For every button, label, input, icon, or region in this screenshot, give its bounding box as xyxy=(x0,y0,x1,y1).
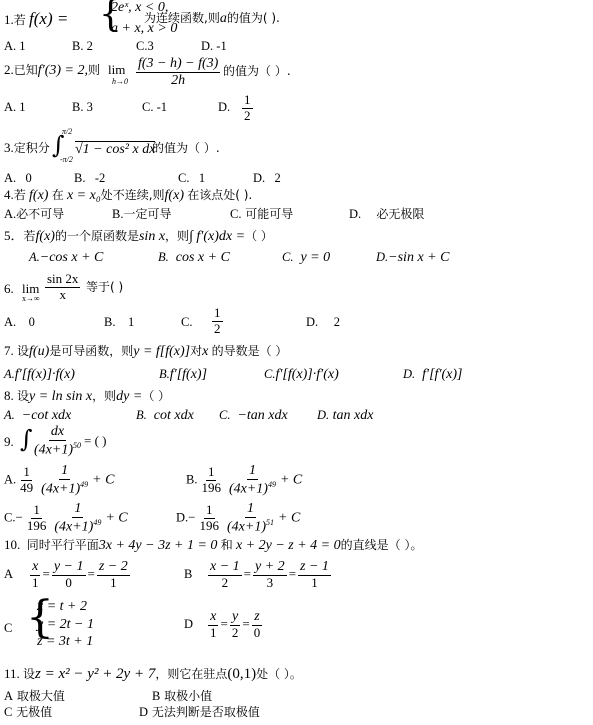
integral-sign: ∫ xyxy=(52,133,65,157)
question-6-tail: 等于( ) xyxy=(86,281,123,293)
question-3-stem: 3.定积分 xyxy=(4,141,50,154)
question-4-stem: 4.若 f(x) 在 x = x₀处不连续,则f(x) 在该点处( ). xyxy=(4,188,252,203)
limit-fraction: f(3 − h) − f(3)2h xyxy=(134,56,222,89)
option-a[interactable]: Ax1=y − 10=z − 21 xyxy=(4,559,132,591)
option-c[interactable]: C.3 xyxy=(136,40,154,53)
question-9-tail: = ( ) xyxy=(84,434,107,447)
question-2-stem: 2.已知f′(3) = 2,则 xyxy=(4,63,100,78)
question-7-stem: 7. 设f(u)是可导函数，则y = f[f(x)]对x 的导数是（ ） xyxy=(4,344,287,359)
question-3-tail: 的值为（ ）. xyxy=(152,142,220,154)
question-6-number: 6. xyxy=(4,282,14,295)
question-1-tail: 为连续函数,则a的值为( ). xyxy=(144,11,280,26)
option-c[interactable]: C xyxy=(4,622,12,635)
question-2-tail: 的值为（ ）. xyxy=(223,65,291,77)
option-b[interactable]: B. 1 xyxy=(104,316,134,329)
option-d[interactable]: D. tan xdx xyxy=(317,409,373,423)
option-a[interactable]: A.−cos x + C xyxy=(29,251,103,265)
option-a[interactable]: A. −cot xdx xyxy=(4,409,71,423)
option-a[interactable]: A.必不可导 xyxy=(4,208,64,221)
option-d[interactable]: D. f′[f′(x)] xyxy=(403,368,463,382)
limit-fraction: sin 2xx xyxy=(43,272,82,303)
option-b[interactable]: B.f′[f(x)] xyxy=(159,368,207,382)
upper-limit: π/2 xyxy=(62,128,72,136)
option-d[interactable]: D.−sin x + C xyxy=(376,251,449,265)
option-a[interactable]: A 取极大值 xyxy=(4,690,65,703)
option-d[interactable]: D. -1 xyxy=(201,40,227,53)
option-c[interactable]: C. 可能可导 xyxy=(230,208,293,221)
option-b[interactable]: B. -2 xyxy=(74,172,105,185)
limit-subscript: x→∞ xyxy=(22,295,40,303)
option-c-fraction: 12 xyxy=(210,306,225,337)
option-a[interactable]: A. 1 xyxy=(4,40,26,53)
option-b[interactable]: B. cos x + C xyxy=(158,251,230,265)
question-1-stem: 1.若 f(x) = xyxy=(4,10,68,27)
option-b[interactable]: B.11961(4x+1)49+ C xyxy=(186,463,302,498)
question-5-stem: 5．若f(x)的一个原函数是sin x，则∫ f′(x)dx =（ ） xyxy=(4,229,273,244)
option-d[interactable]: D 无法判断是否取极值 xyxy=(139,706,260,719)
option-b[interactable]: Bx − 12=y + 23=z − 11 xyxy=(184,559,333,591)
option-d[interactable]: D. xyxy=(218,101,230,114)
integrand: √1 − cos² x dx xyxy=(75,141,155,157)
option-d-fraction: 12 xyxy=(240,93,255,124)
option-c[interactable]: C.−11961(4x+1)49+ C xyxy=(4,501,128,536)
option-c[interactable]: C. −tan xdx xyxy=(219,409,288,423)
lower-limit: -π/2 xyxy=(60,156,73,164)
option-b[interactable]: B. cot xdx xyxy=(136,409,194,423)
option-d[interactable]: Dx1=y2=z0 xyxy=(184,609,264,641)
option-a[interactable]: A.f′[f(x)]·f(x) xyxy=(4,368,75,382)
question-11-stem: 11. 设z = x² − y² + 2y + 7，则它在驻点(0,1)处（ ）… xyxy=(4,667,302,682)
limit: lim xyxy=(108,63,125,76)
param-system: x = t + 2 y = 2t − 1 z = 3t + 1 xyxy=(37,598,94,651)
question-10-stem: 10. 同时平行平面3x + 4y − 3z + 1 = 0 和 x + 2y … xyxy=(4,538,422,553)
option-a[interactable]: A. 0 xyxy=(4,172,32,185)
option-d[interactable]: D.−11961(4x+1)51+ C xyxy=(176,501,300,536)
integrand-fraction: dx(4x+1)50 xyxy=(30,424,85,459)
option-d[interactable]: D. 2 xyxy=(306,316,340,329)
limit-subscript: h→0 xyxy=(112,78,128,86)
question-9-number: 9. xyxy=(4,435,14,448)
option-c[interactable]: C 无极值 xyxy=(4,706,52,719)
option-c[interactable]: C. -1 xyxy=(142,101,167,114)
question-8-stem: 8. 设y = ln sin x，则dy =（ ） xyxy=(4,389,170,404)
option-c[interactable]: C. 1 xyxy=(178,172,205,185)
option-d[interactable]: D. 2 xyxy=(253,172,281,185)
option-a[interactable]: A. 1 xyxy=(4,101,26,114)
option-c[interactable]: C.f′[f(x)]·f′(x) xyxy=(264,368,339,382)
option-b[interactable]: B. 2 xyxy=(72,40,93,53)
option-a[interactable]: A.1491(4x+1)49+ C xyxy=(4,463,114,498)
option-d[interactable]: D. 必无极限 xyxy=(349,208,424,221)
option-a[interactable]: A. 0 xyxy=(4,316,35,329)
option-c[interactable]: C. y = 0 xyxy=(282,251,330,265)
option-b[interactable]: B 取极小值 xyxy=(152,690,212,703)
option-b[interactable]: B. 3 xyxy=(72,101,93,114)
option-c[interactable]: C. xyxy=(181,316,192,329)
option-b[interactable]: B.一定可导 xyxy=(112,208,171,221)
